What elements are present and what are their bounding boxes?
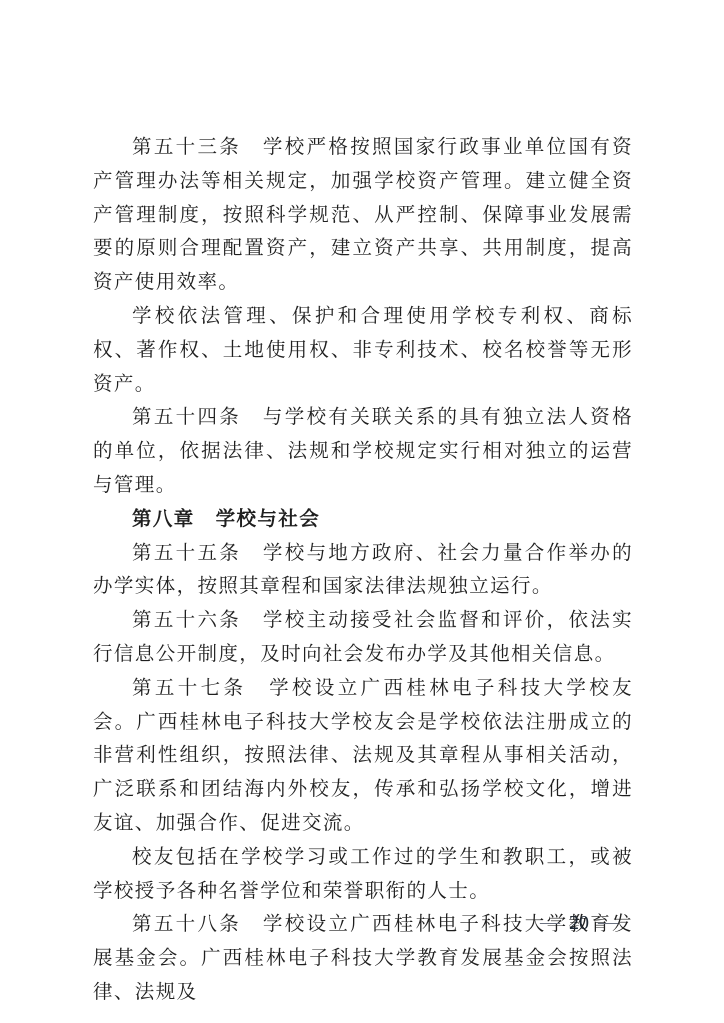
- footer-right-dash: —: [598, 912, 618, 932]
- paragraph-article-57: 第五十七条 学校设立广西桂林电子科技大学校友会。广西桂林电子科技大学校友会是学校…: [93, 672, 633, 841]
- page-number: 20: [569, 912, 589, 935]
- chapter-heading: 第八章 学校与社会: [93, 503, 633, 537]
- paragraph-article-54: 第五十四条 与学校有关联关系的具有独立法人资格的单位，依据法律、法规和学校规定实…: [93, 401, 633, 502]
- paragraph-article-56: 第五十六条 学校主动接受社会监督和评价，依法实行信息公开制度，及时向社会发布办学…: [93, 604, 633, 672]
- footer-left-dash: —: [540, 912, 560, 932]
- paragraph-article-55: 第五十五条 学校与地方政府、社会力量合作举办的办学实体，按照其章程和国家法律法规…: [93, 537, 633, 605]
- page-footer: — 20 —: [540, 912, 618, 935]
- document-text-block: 第五十三条 学校严格按照国家行政事业单位国有资产管理办法等相关规定，加强学校资产…: [93, 131, 633, 1010]
- paragraph-intangible-assets: 学校依法管理、保护和合理使用学校专利权、商标权、著作权、土地使用权、非专利技术、…: [93, 300, 633, 401]
- document-page: 第五十三条 学校严格按照国家行政事业单位国有资产管理办法等相关规定，加强学校资产…: [0, 0, 724, 1023]
- paragraph-article-53: 第五十三条 学校严格按照国家行政事业单位国有资产管理办法等相关规定，加强学校资产…: [93, 131, 633, 300]
- paragraph-alumni-definition: 校友包括在学校学习或工作过的学生和教职工，或被学校授予各种名誉学位和荣誉职衔的人…: [93, 841, 633, 909]
